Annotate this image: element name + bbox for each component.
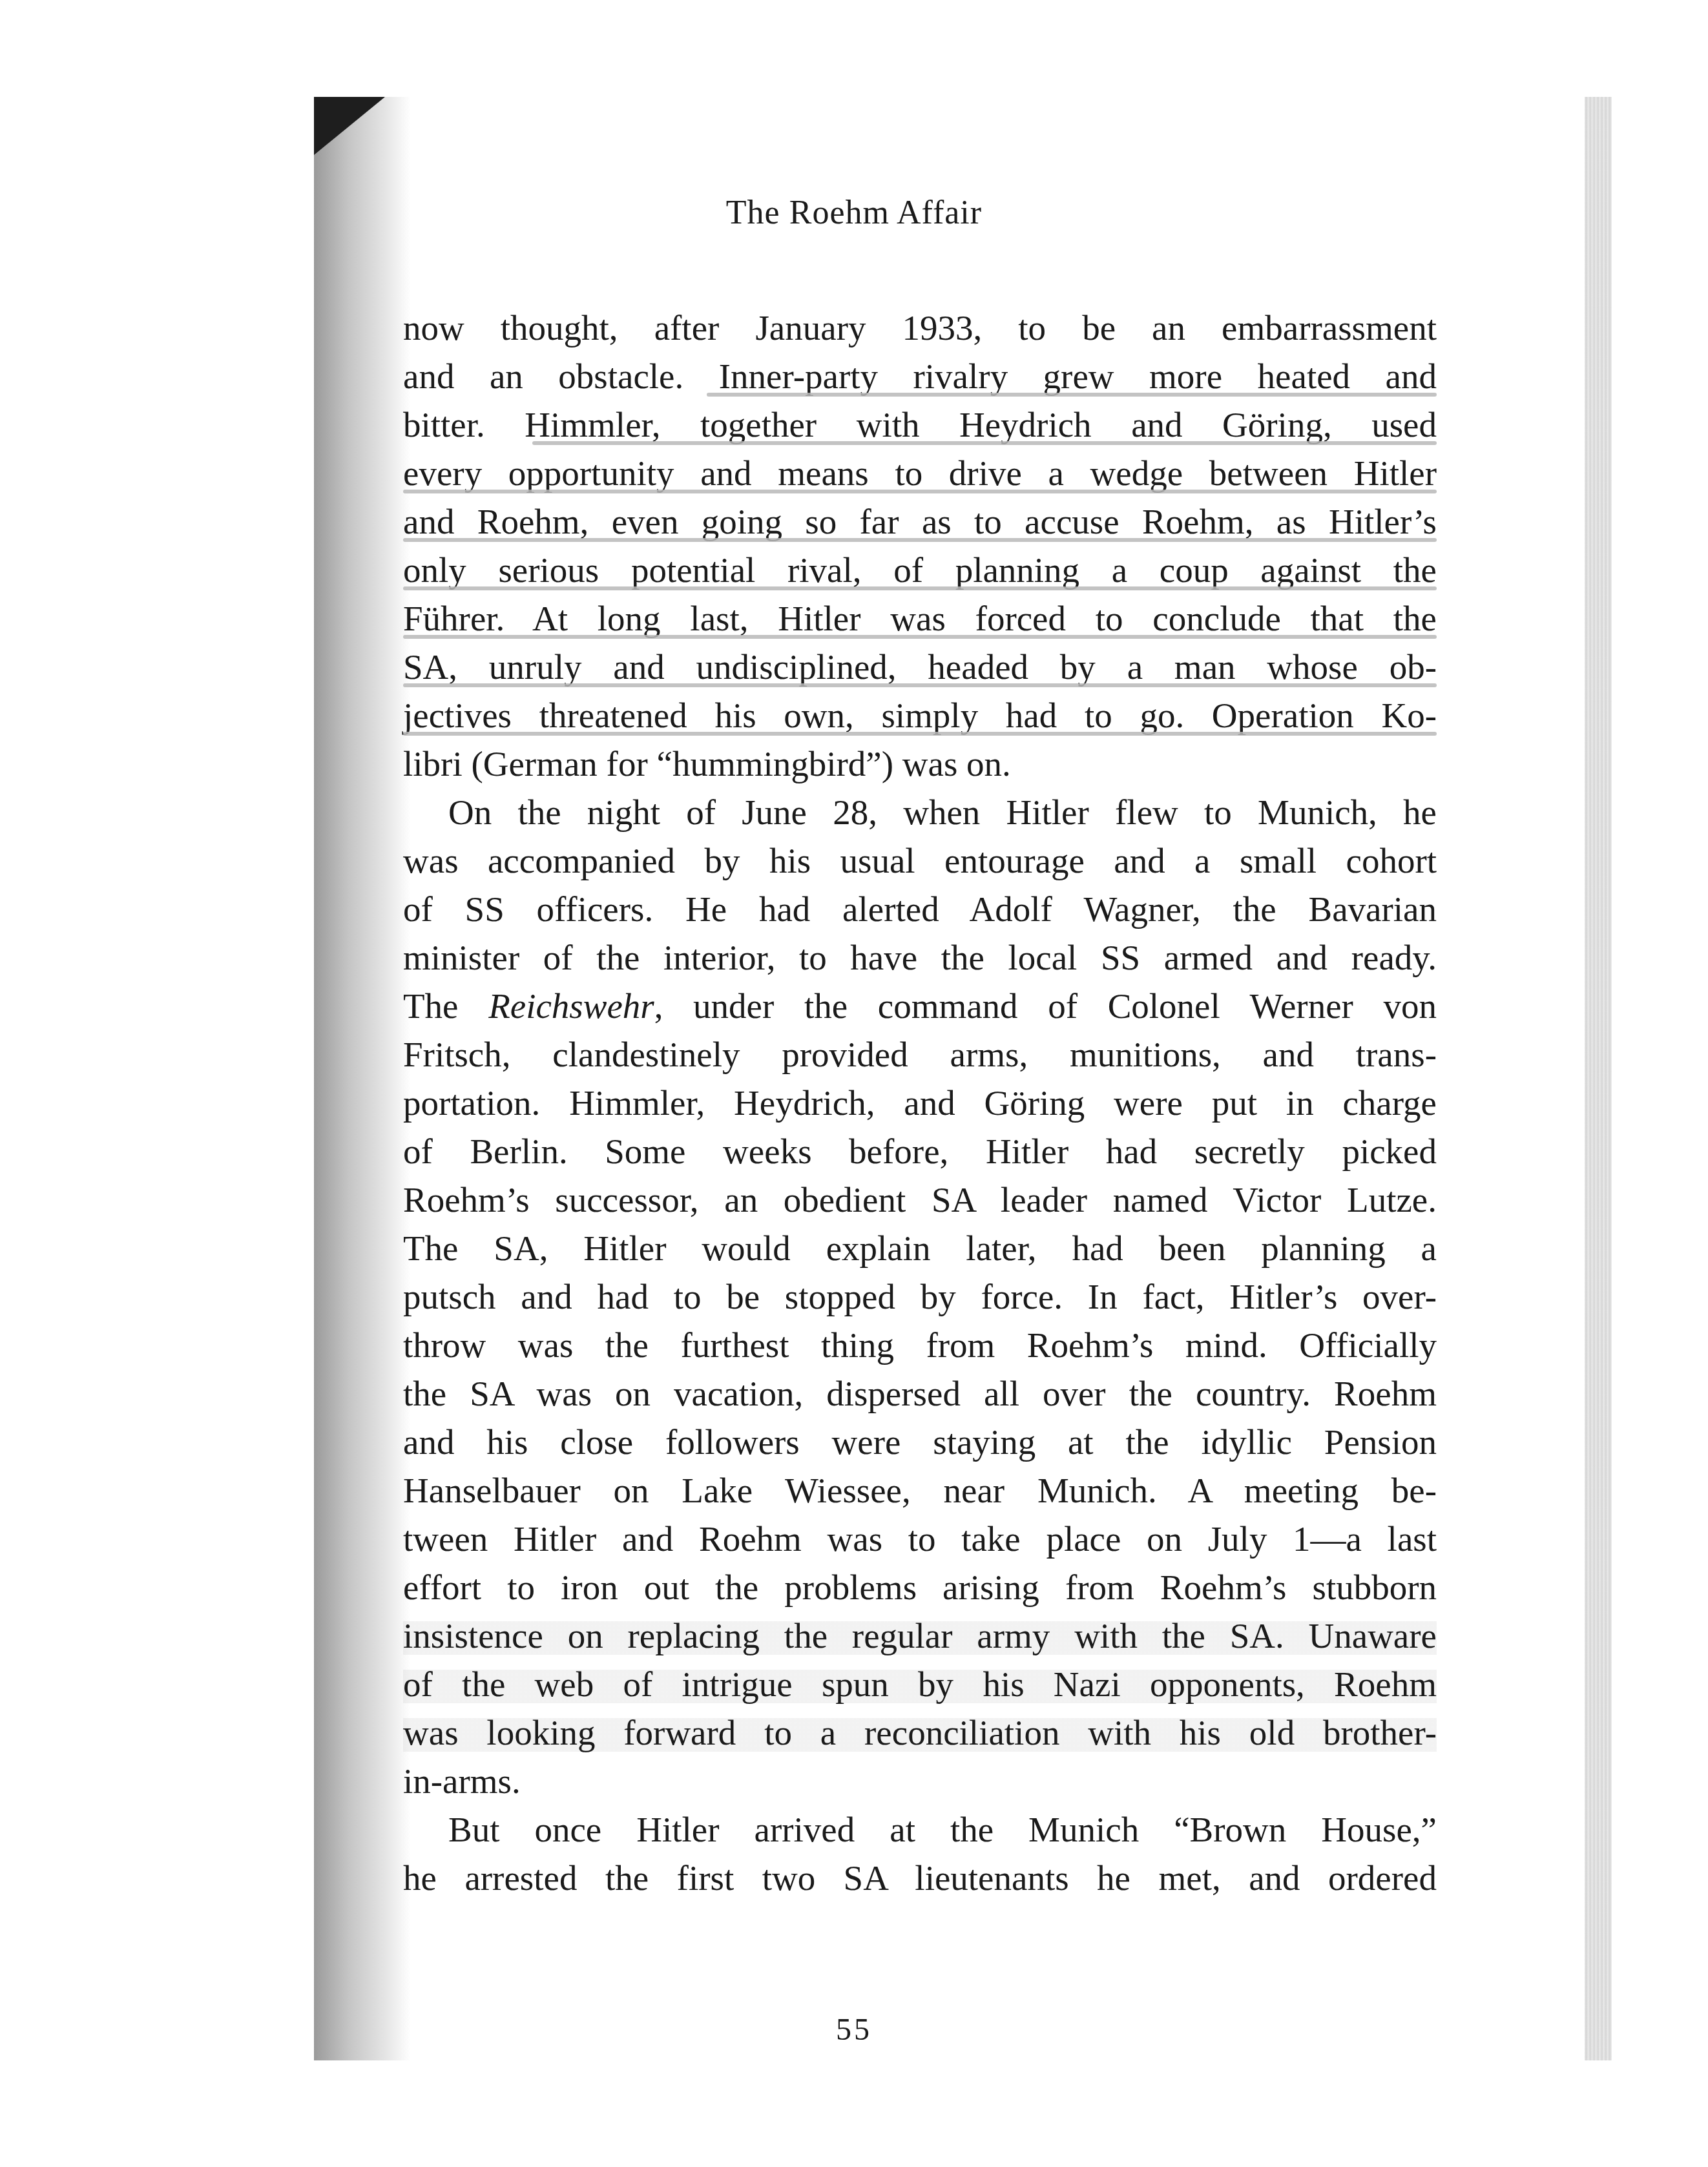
text-line-underlined: every opportunity and means to drive a w… (403, 449, 1437, 497)
body-text: now thought, after January 1933, to be a… (403, 304, 1437, 1902)
text-line-highlighted: was looking forward to a reconciliation … (403, 1708, 1437, 1757)
text-line: the SA was on vacation, dispersed all ov… (403, 1369, 1437, 1418)
text-line: was accompanied by his usual entourage a… (403, 836, 1437, 885)
text-line: Hanselbauer on Lake Wiessee, near Munich… (403, 1466, 1437, 1515)
italic-term: Reichswehr (488, 986, 654, 1026)
text-line: now thought, after January 1933, to be a… (403, 304, 1437, 352)
paragraph-start-line: But once Hitler arrived at the Munich “B… (403, 1805, 1437, 1854)
text-line: effort to iron out the problems arising … (403, 1563, 1437, 1612)
scan-gutter-shadow (314, 97, 411, 2060)
text-segment: under the command of Colonel Werner von (693, 986, 1437, 1026)
page-number: 55 (0, 2012, 1708, 2048)
text-line-reichswehr: The Reichswehr, under the command of Col… (403, 982, 1437, 1030)
text-line-underlined: and Roehm, even going so far as to accus… (403, 497, 1437, 546)
text-line-underlined: only serious potential rival, of plannin… (403, 546, 1437, 594)
text-line-underlined: and an obstacle. Inner-party rivalry gre… (403, 352, 1437, 400)
text-line: of Berlin. Some weeks before, Hitler had… (403, 1127, 1437, 1176)
text-line: throw was the furthest thing from Roehm’… (403, 1321, 1437, 1369)
text-line-underlined: SA, unruly and undisciplined, headed by … (403, 643, 1437, 691)
text-line-underlined: Führer. At long last, Hitler was forced … (403, 594, 1437, 643)
paragraph-start-line: On the night of June 28, when Hitler fle… (403, 788, 1437, 836)
running-head: The Roehm Affair (0, 194, 1708, 232)
text-line: The SA, Hitler would explain later, had … (403, 1224, 1437, 1272)
text-line: Roehm’s successor, an obedient SA leader… (403, 1176, 1437, 1224)
text-line: minister of the interior, to have the lo… (403, 933, 1437, 982)
text-line: of SS officers. He had alerted Adolf Wag… (403, 885, 1437, 933)
text-line: he arrested the first two SA lieutenants… (403, 1854, 1437, 1902)
text-segment: , (654, 986, 693, 1026)
text-segment: The (403, 986, 488, 1026)
text-line: portation. Himmler, Heydrich, and Göring… (403, 1079, 1437, 1127)
text-line-highlighted: of the web of intrigue spun by his Nazi … (403, 1660, 1437, 1708)
text-line: libri (German for “hummingbird”) was on. (403, 740, 1437, 788)
text-line: Fritsch, clandestinely provided arms, mu… (403, 1030, 1437, 1079)
text-line-highlighted: insistence on replacing the regular army… (403, 1612, 1437, 1660)
text-line: tween Hitler and Roehm was to take place… (403, 1515, 1437, 1563)
text-line-underlined: jectives threatened his own, simply had … (403, 691, 1437, 740)
text-line: and his close followers were staying at … (403, 1418, 1437, 1466)
scan-right-edge (1585, 97, 1612, 2060)
text-line: putsch and had to be stopped by force. I… (403, 1272, 1437, 1321)
text-line: in-arms. (403, 1757, 1437, 1805)
text-line-underlined: bitter. Himmler, together with Heydrich … (403, 400, 1437, 449)
